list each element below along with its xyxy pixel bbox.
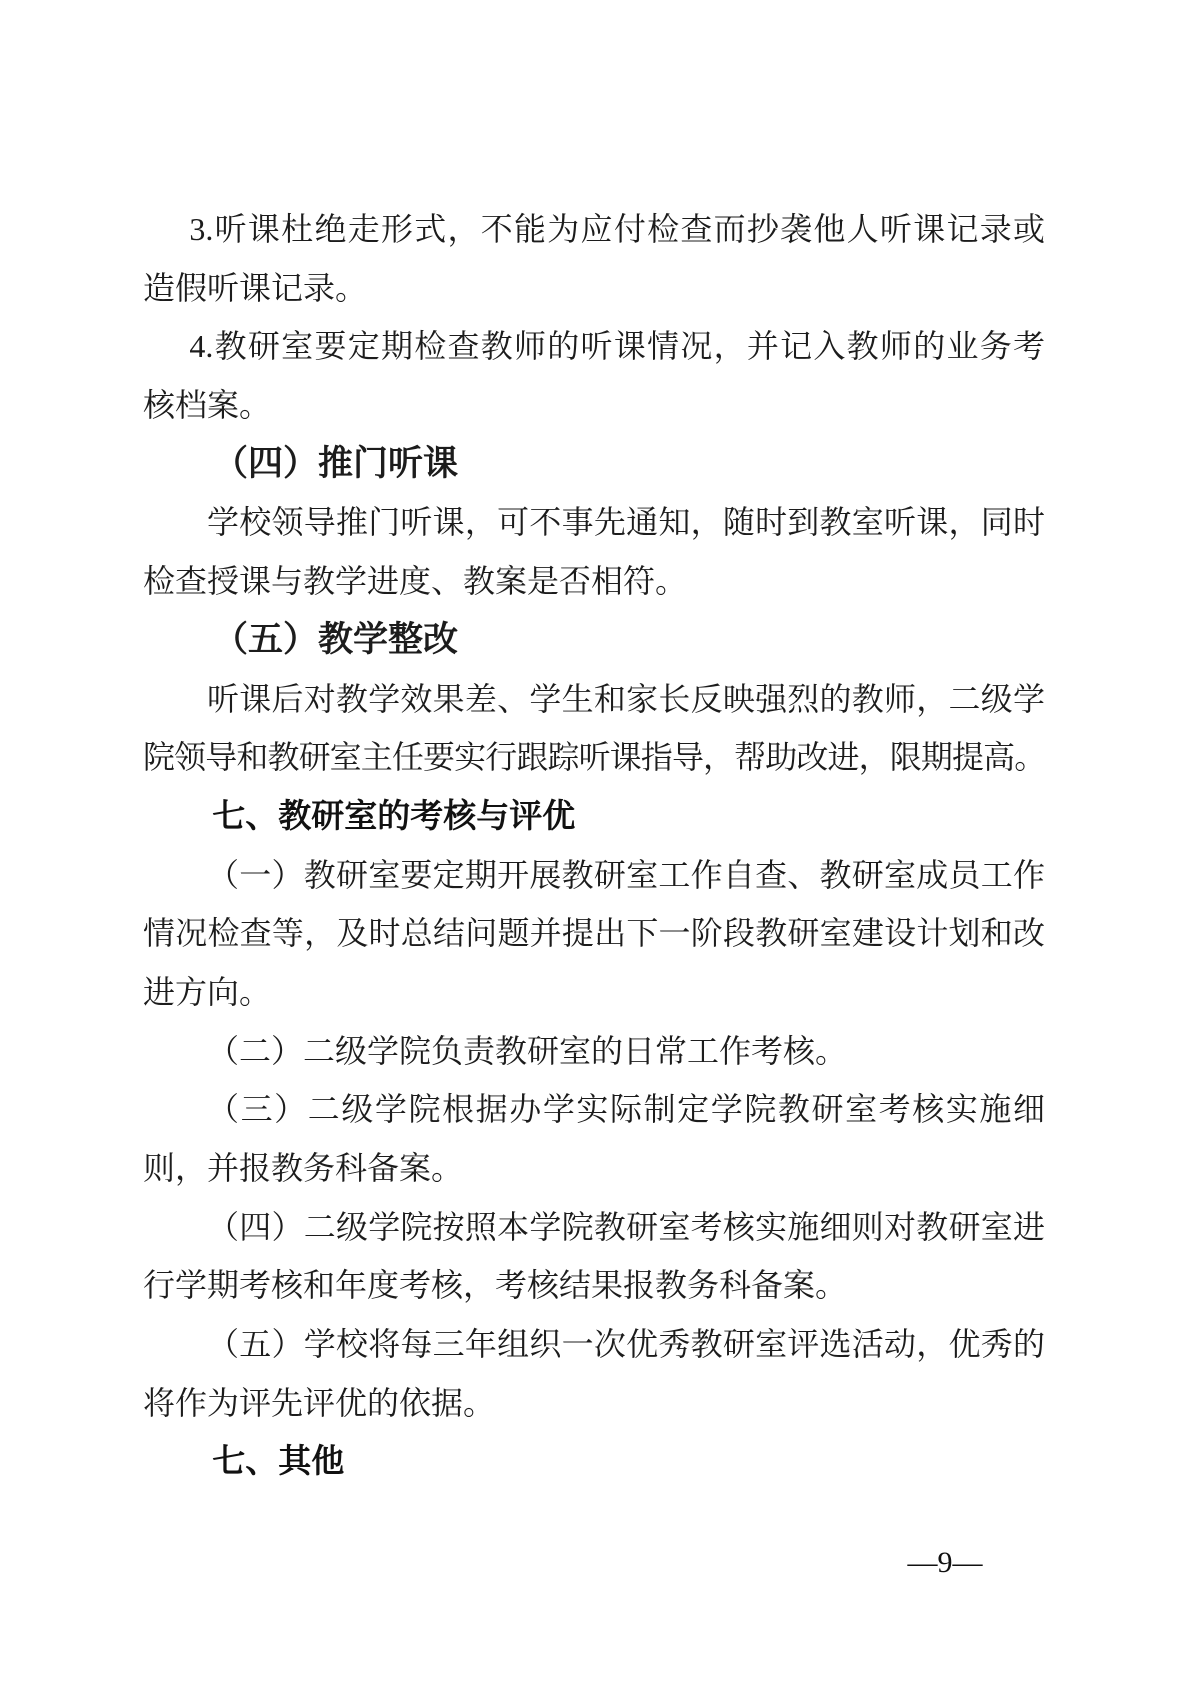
section-heading: 七、教研室的考核与评优 [143, 787, 1045, 846]
paragraph-line: 检查授课与教学进度、教案是否相符。 [143, 552, 1045, 611]
paragraph-line: （五）学校将每三年组织一次优秀教研室评选活动，优秀的 [143, 1315, 1045, 1374]
paragraph-line: 情况检查等，及时总结问题并提出下一阶段教研室建设计划和改 [143, 904, 1045, 963]
section-heading: 七、其他 [143, 1432, 1045, 1491]
paragraph-line: （二）二级学院负责教研室的日常工作考核。 [143, 1022, 1045, 1081]
paragraph-line: 3.听课杜绝走形式，不能为应付检查而抄袭他人听课记录或 [143, 200, 1045, 259]
sub-section-heading: （五）教学整改 [143, 611, 1045, 670]
document-body: 3.听课杜绝走形式，不能为应付检查而抄袭他人听课记录或造假听课记录。4.教研室要… [143, 200, 1045, 1491]
page-number: —9— [897, 1545, 993, 1581]
paragraph-line: 核档案。 [143, 376, 1045, 435]
paragraph-line: （四）二级学院按照本学院教研室考核实施细则对教研室进 [143, 1198, 1045, 1257]
paragraph-line: 院领导和教研室主任要实行跟踪听课指导，帮助改进，限期提高。 [143, 728, 1045, 787]
paragraph-line: （三）二级学院根据办学实际制定学院教研室考核实施细 [143, 1080, 1045, 1139]
document-page: 3.听课杜绝走形式，不能为应付检查而抄袭他人听课记录或造假听课记录。4.教研室要… [0, 0, 1191, 1684]
paragraph-line: 造假听课记录。 [143, 259, 1045, 318]
paragraph-line: 听课后对教学效果差、学生和家长反映强烈的教师，二级学 [143, 670, 1045, 729]
paragraph-line: 将作为评先评优的依据。 [143, 1374, 1045, 1433]
paragraph-line: 学校领导推门听课，可不事先通知，随时到教室听课，同时 [143, 493, 1045, 552]
paragraph-line: 行学期考核和年度考核，考核结果报教务科备案。 [143, 1256, 1045, 1315]
paragraph-line: 则，并报教务科备案。 [143, 1139, 1045, 1198]
sub-section-heading: （四）推门听课 [143, 435, 1045, 494]
paragraph-line: （一）教研室要定期开展教研室工作自查、教研室成员工作 [143, 846, 1045, 905]
paragraph-line: 进方向。 [143, 963, 1045, 1022]
paragraph-line: 4.教研室要定期检查教师的听课情况，并记入教师的业务考 [143, 317, 1045, 376]
